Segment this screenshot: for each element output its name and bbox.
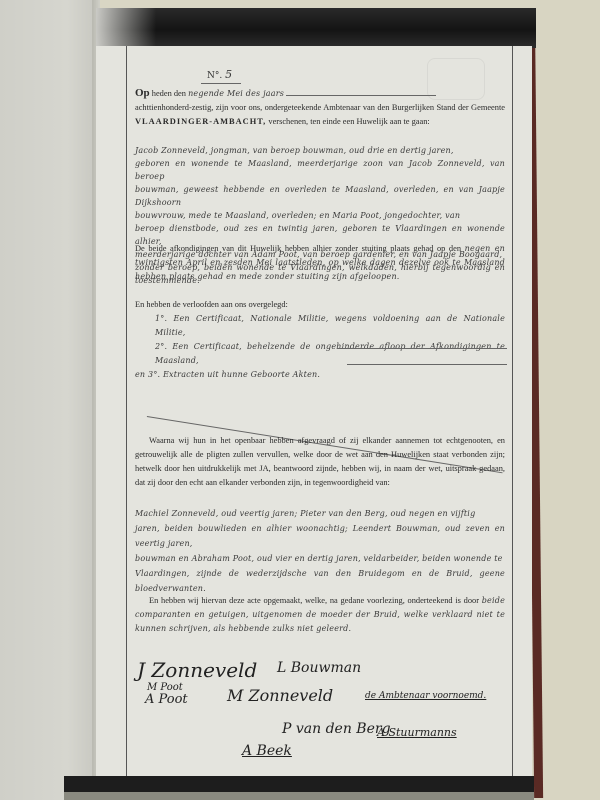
groom-line: bouwman, geweest hebbende en overleden t… bbox=[135, 183, 505, 209]
bottom-shadow-band bbox=[64, 776, 534, 800]
document-page: N°. 5 Op heden den negende Mei des jaars… bbox=[96, 46, 532, 776]
documents-section: En hebben de verloofden aan ons overgele… bbox=[135, 298, 505, 382]
background-surface bbox=[540, 0, 600, 800]
number-value: 5 bbox=[225, 68, 232, 81]
witness-line: jaren, beiden bouwlieden en alhier woona… bbox=[135, 521, 505, 551]
record-number: N°. 5 bbox=[207, 68, 232, 81]
signature-a-poot: A Poot bbox=[145, 692, 188, 707]
witnesses-paragraph: Machiel Zonneveld, oud veertig jaren; Pi… bbox=[135, 506, 505, 596]
documents-heading: En hebben de verloofden aan ons overgele… bbox=[135, 298, 505, 312]
year-text: achttienhonderd-zestig, bbox=[135, 103, 213, 112]
witness-line: Vlaardingen, zijnde de wederzijdsche van… bbox=[135, 566, 505, 596]
page-frame: N°. 5 Op heden den negende Mei des jaars… bbox=[126, 46, 513, 776]
signature-a-beek: A Beek bbox=[242, 743, 292, 759]
proclamations-printed: De beide afkondigingen van dit Huwelijk … bbox=[135, 244, 461, 253]
fill-line bbox=[347, 364, 507, 365]
official-signature-note: de Ambtenaar voornoemd. bbox=[365, 691, 486, 701]
opening-lead: Op bbox=[135, 87, 150, 99]
document-item: 1°. Een Certificaat, Nationale Militie, … bbox=[135, 312, 505, 340]
left-page bbox=[0, 0, 96, 800]
municipality-name: VLAARDINGER-AMBACHT, bbox=[135, 117, 266, 126]
number-label: N°. bbox=[207, 71, 222, 81]
ceremony-paragraph: Waarna wij hun in het openbaar hebben af… bbox=[135, 434, 505, 490]
closing-printed: En hebben wij hiervan deze acte opgemaak… bbox=[135, 596, 479, 605]
signature-groom: J Zonneveld bbox=[137, 658, 257, 682]
witness-line: Machiel Zonneveld, oud veertig jaren; Pi… bbox=[135, 506, 505, 521]
opening-text: heden den bbox=[152, 89, 186, 98]
document-item: en 3°. Extracten uit hunne Geboorte Akte… bbox=[135, 368, 505, 382]
signature-m-zonneveld: M Zonneveld bbox=[227, 686, 333, 705]
signature-bouwman: L Bouwman bbox=[277, 660, 361, 676]
signature-official: A Stuurmanns bbox=[377, 726, 457, 739]
number-underline bbox=[201, 83, 241, 84]
fill-line bbox=[337, 348, 507, 349]
groom-line: geboren en wonende te Maasland, meerderj… bbox=[135, 157, 505, 183]
date-handwritten: negende Mei des jaars bbox=[188, 89, 284, 98]
official-text: zijn voor ons, ondergeteekende Ambtenaar… bbox=[216, 103, 505, 112]
groom-line: Jacob Zonneveld, jongman, van beroep bou… bbox=[135, 144, 505, 157]
signature-van-den-berg: P van den Berg bbox=[282, 721, 391, 737]
opening-paragraph: Op heden den negende Mei des jaars achtt… bbox=[135, 86, 505, 129]
purpose-text: verschenen, ten einde een Huwelijk aan t… bbox=[268, 117, 429, 126]
witness-line: bouwman en Abraham Poot, oud vier en der… bbox=[135, 551, 505, 566]
closing-paragraph: En hebben wij hiervan deze acte opgemaak… bbox=[135, 594, 505, 636]
bride-line: bouwvrouw, mede te Maasland, overleden; … bbox=[135, 209, 505, 222]
ceremony-text: Waarna wij hun in het openbaar hebben af… bbox=[135, 436, 505, 487]
proclamations-paragraph: De beide afkondigingen van dit Huwelijk … bbox=[135, 242, 505, 284]
top-shadow-band bbox=[96, 8, 536, 48]
